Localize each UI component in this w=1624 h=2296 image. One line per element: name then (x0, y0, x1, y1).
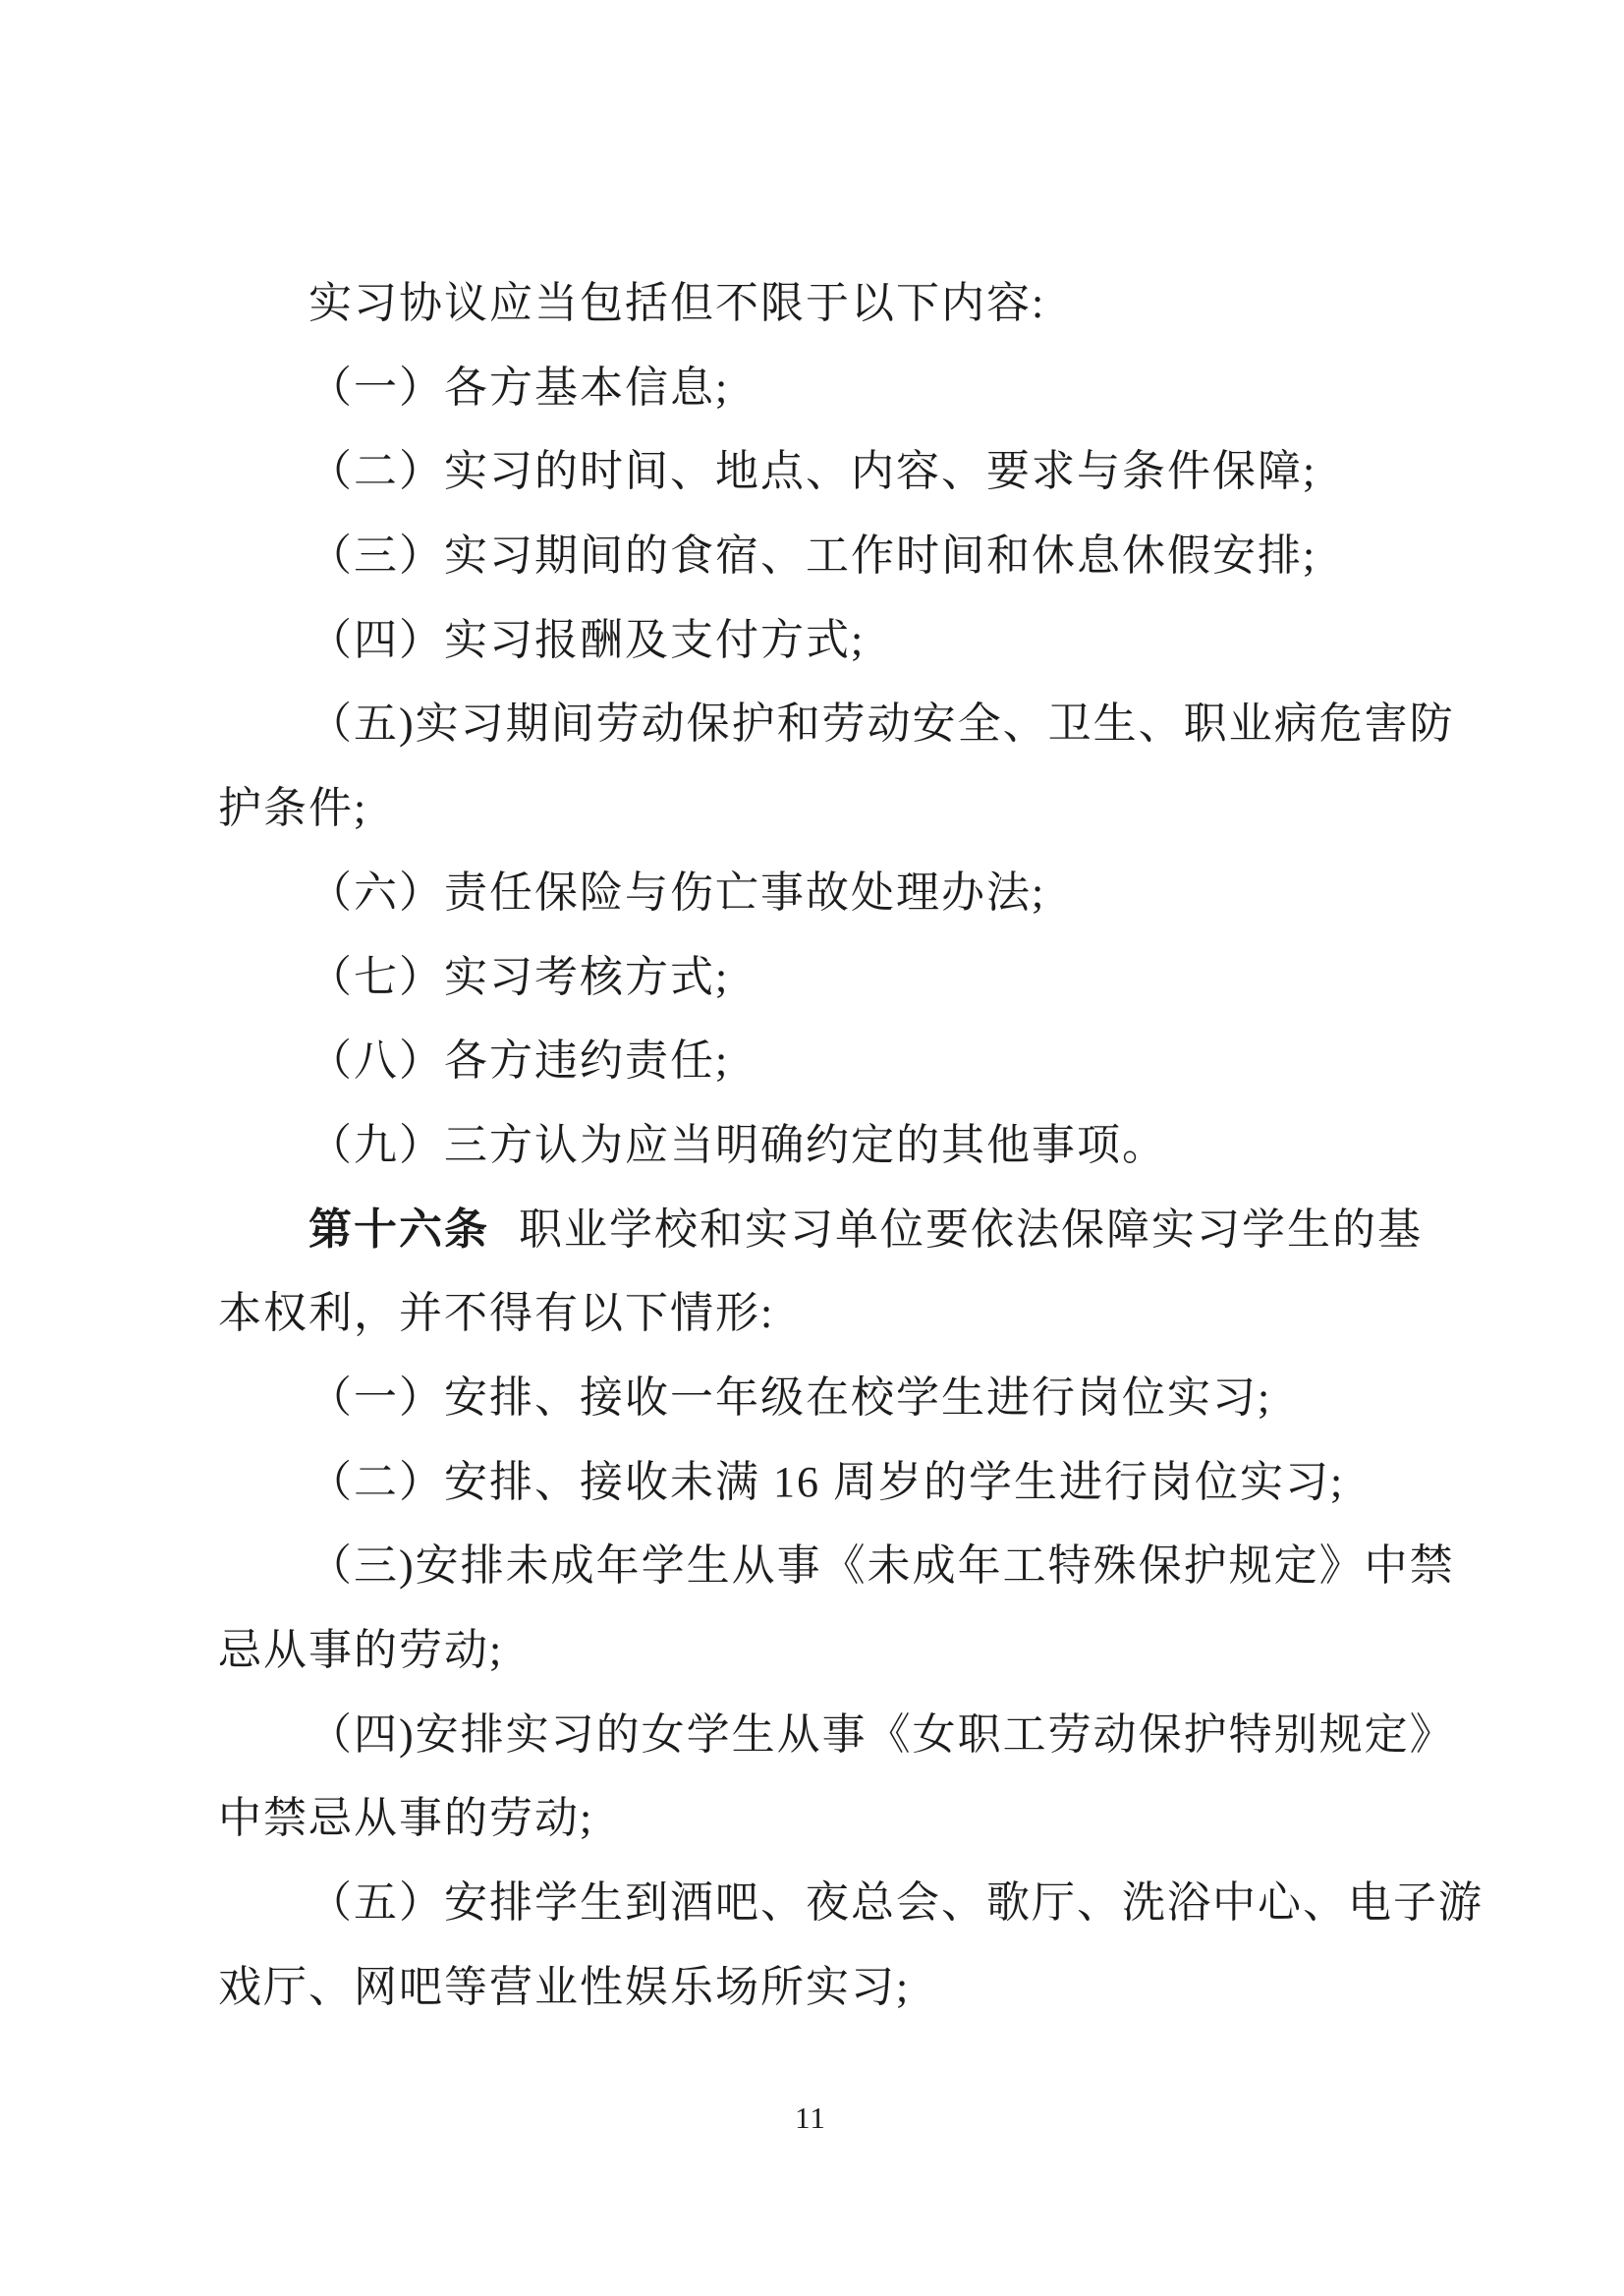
line-text: （二）安排、接收未满 16 周岁的学生进行岗位实习; (308, 1458, 1344, 1506)
list-item-6: （六）责任保险与伤亡事故处理办法; (218, 851, 1446, 935)
document-body: 实习协议应当包括但不限于以下内容: （一）各方基本信息; （二）实习的时间、地点… (218, 261, 1446, 2029)
line-text: （五)实习期间劳动保护和劳动安全、卫生、职业病危害防 (308, 700, 1455, 748)
line-text: （五）安排学生到酒吧、夜总会、歌厅、洗浴中心、电子游 (308, 1878, 1484, 1927)
line-text: （六）责任保险与伤亡事故处理办法; (308, 868, 1045, 917)
line-text: 护条件; (218, 784, 367, 832)
prohibition-item-3-line-2: 忌从事的劳动; (218, 1608, 1446, 1693)
prohibition-item-5-line-1: （五）安排学生到酒吧、夜总会、歌厅、洗浴中心、电子游 (218, 1861, 1446, 1945)
list-item-5-line-2: 护条件; (218, 766, 1446, 851)
line-text: （三)安排未成年学生从事《未成年工特殊保护规定》中禁 (308, 1541, 1455, 1590)
line-text: 本权利，并不得有以下情形: (218, 1289, 774, 1337)
prohibition-item-5-line-2: 戏厅、网吧等营业性娱乐场所实习; (218, 1945, 1446, 2030)
list-item-7: （七）实习考核方式; (218, 935, 1446, 1020)
list-item-1: （一）各方基本信息; (218, 346, 1446, 430)
list-item-3: （三）实习期间的食宿、工作时间和休息休假安排; (218, 514, 1446, 598)
article-number: 第十六条 (308, 1205, 489, 1254)
page-number: 11 (776, 2095, 845, 2142)
prohibition-item-4-line-1: （四)安排实习的女学生从事《女职工劳动保护特别规定》 (218, 1693, 1446, 1777)
line-text: （八）各方违约责任; (308, 1036, 729, 1085)
list-item-9: （九）三方认为应当明确约定的其他事项。 (218, 1103, 1446, 1188)
prohibition-item-3-line-1: （三)安排未成年学生从事《未成年工特殊保护规定》中禁 (218, 1524, 1446, 1608)
line-text: 实习协议应当包括但不限于以下内容: (308, 279, 1045, 327)
line-text: （四)安排实习的女学生从事《女职工劳动保护特别规定》 (308, 1710, 1455, 1759)
line-text: （一）安排、接收一年级在校学生进行岗位实习; (308, 1373, 1271, 1422)
line-text: （四）实习报酬及支付方式; (308, 616, 865, 664)
line-text: （七）实习考核方式; (308, 953, 729, 1001)
list-item-4: （四）实习报酬及支付方式; (218, 598, 1446, 683)
line-text: 戏厅、网吧等营业性娱乐场所实习; (218, 1963, 910, 2011)
line-text: （九）三方认为应当明确约定的其他事项。 (308, 1121, 1167, 1169)
prohibition-item-2: （二）安排、接收未满 16 周岁的学生进行岗位实习; (218, 1440, 1446, 1525)
paragraph-intro-line: 实习协议应当包括但不限于以下内容: (218, 261, 1446, 346)
line-text: （二）实习的时间、地点、内容、要求与条件保障; (308, 447, 1316, 495)
list-item-2: （二）实习的时间、地点、内容、要求与条件保障; (218, 429, 1446, 514)
list-item-8: （八）各方违约责任; (218, 1019, 1446, 1103)
line-text: （三）实习期间的食宿、工作时间和休息休假安排; (308, 532, 1316, 580)
line-text: 职业学校和实习单位要依法保障实习学生的基 (519, 1205, 1423, 1254)
line-text: 中禁忌从事的劳动; (218, 1794, 593, 1842)
line-text: 忌从事的劳动; (218, 1626, 503, 1674)
article-16-line-1: 第十六条职业学校和实习单位要依法保障实习学生的基 (218, 1188, 1446, 1272)
line-text: （一）各方基本信息; (308, 364, 729, 412)
prohibition-item-4-line-2: 中禁忌从事的劳动; (218, 1776, 1446, 1861)
list-item-5-line-1: （五)实习期间劳动保护和劳动安全、卫生、职业病危害防 (218, 682, 1446, 766)
article-16-line-2: 本权利，并不得有以下情形: (218, 1271, 1446, 1356)
document-page: 实习协议应当包括但不限于以下内容: （一）各方基本信息; （二）实习的时间、地点… (0, 0, 1624, 2296)
prohibition-item-1: （一）安排、接收一年级在校学生进行岗位实习; (218, 1356, 1446, 1440)
